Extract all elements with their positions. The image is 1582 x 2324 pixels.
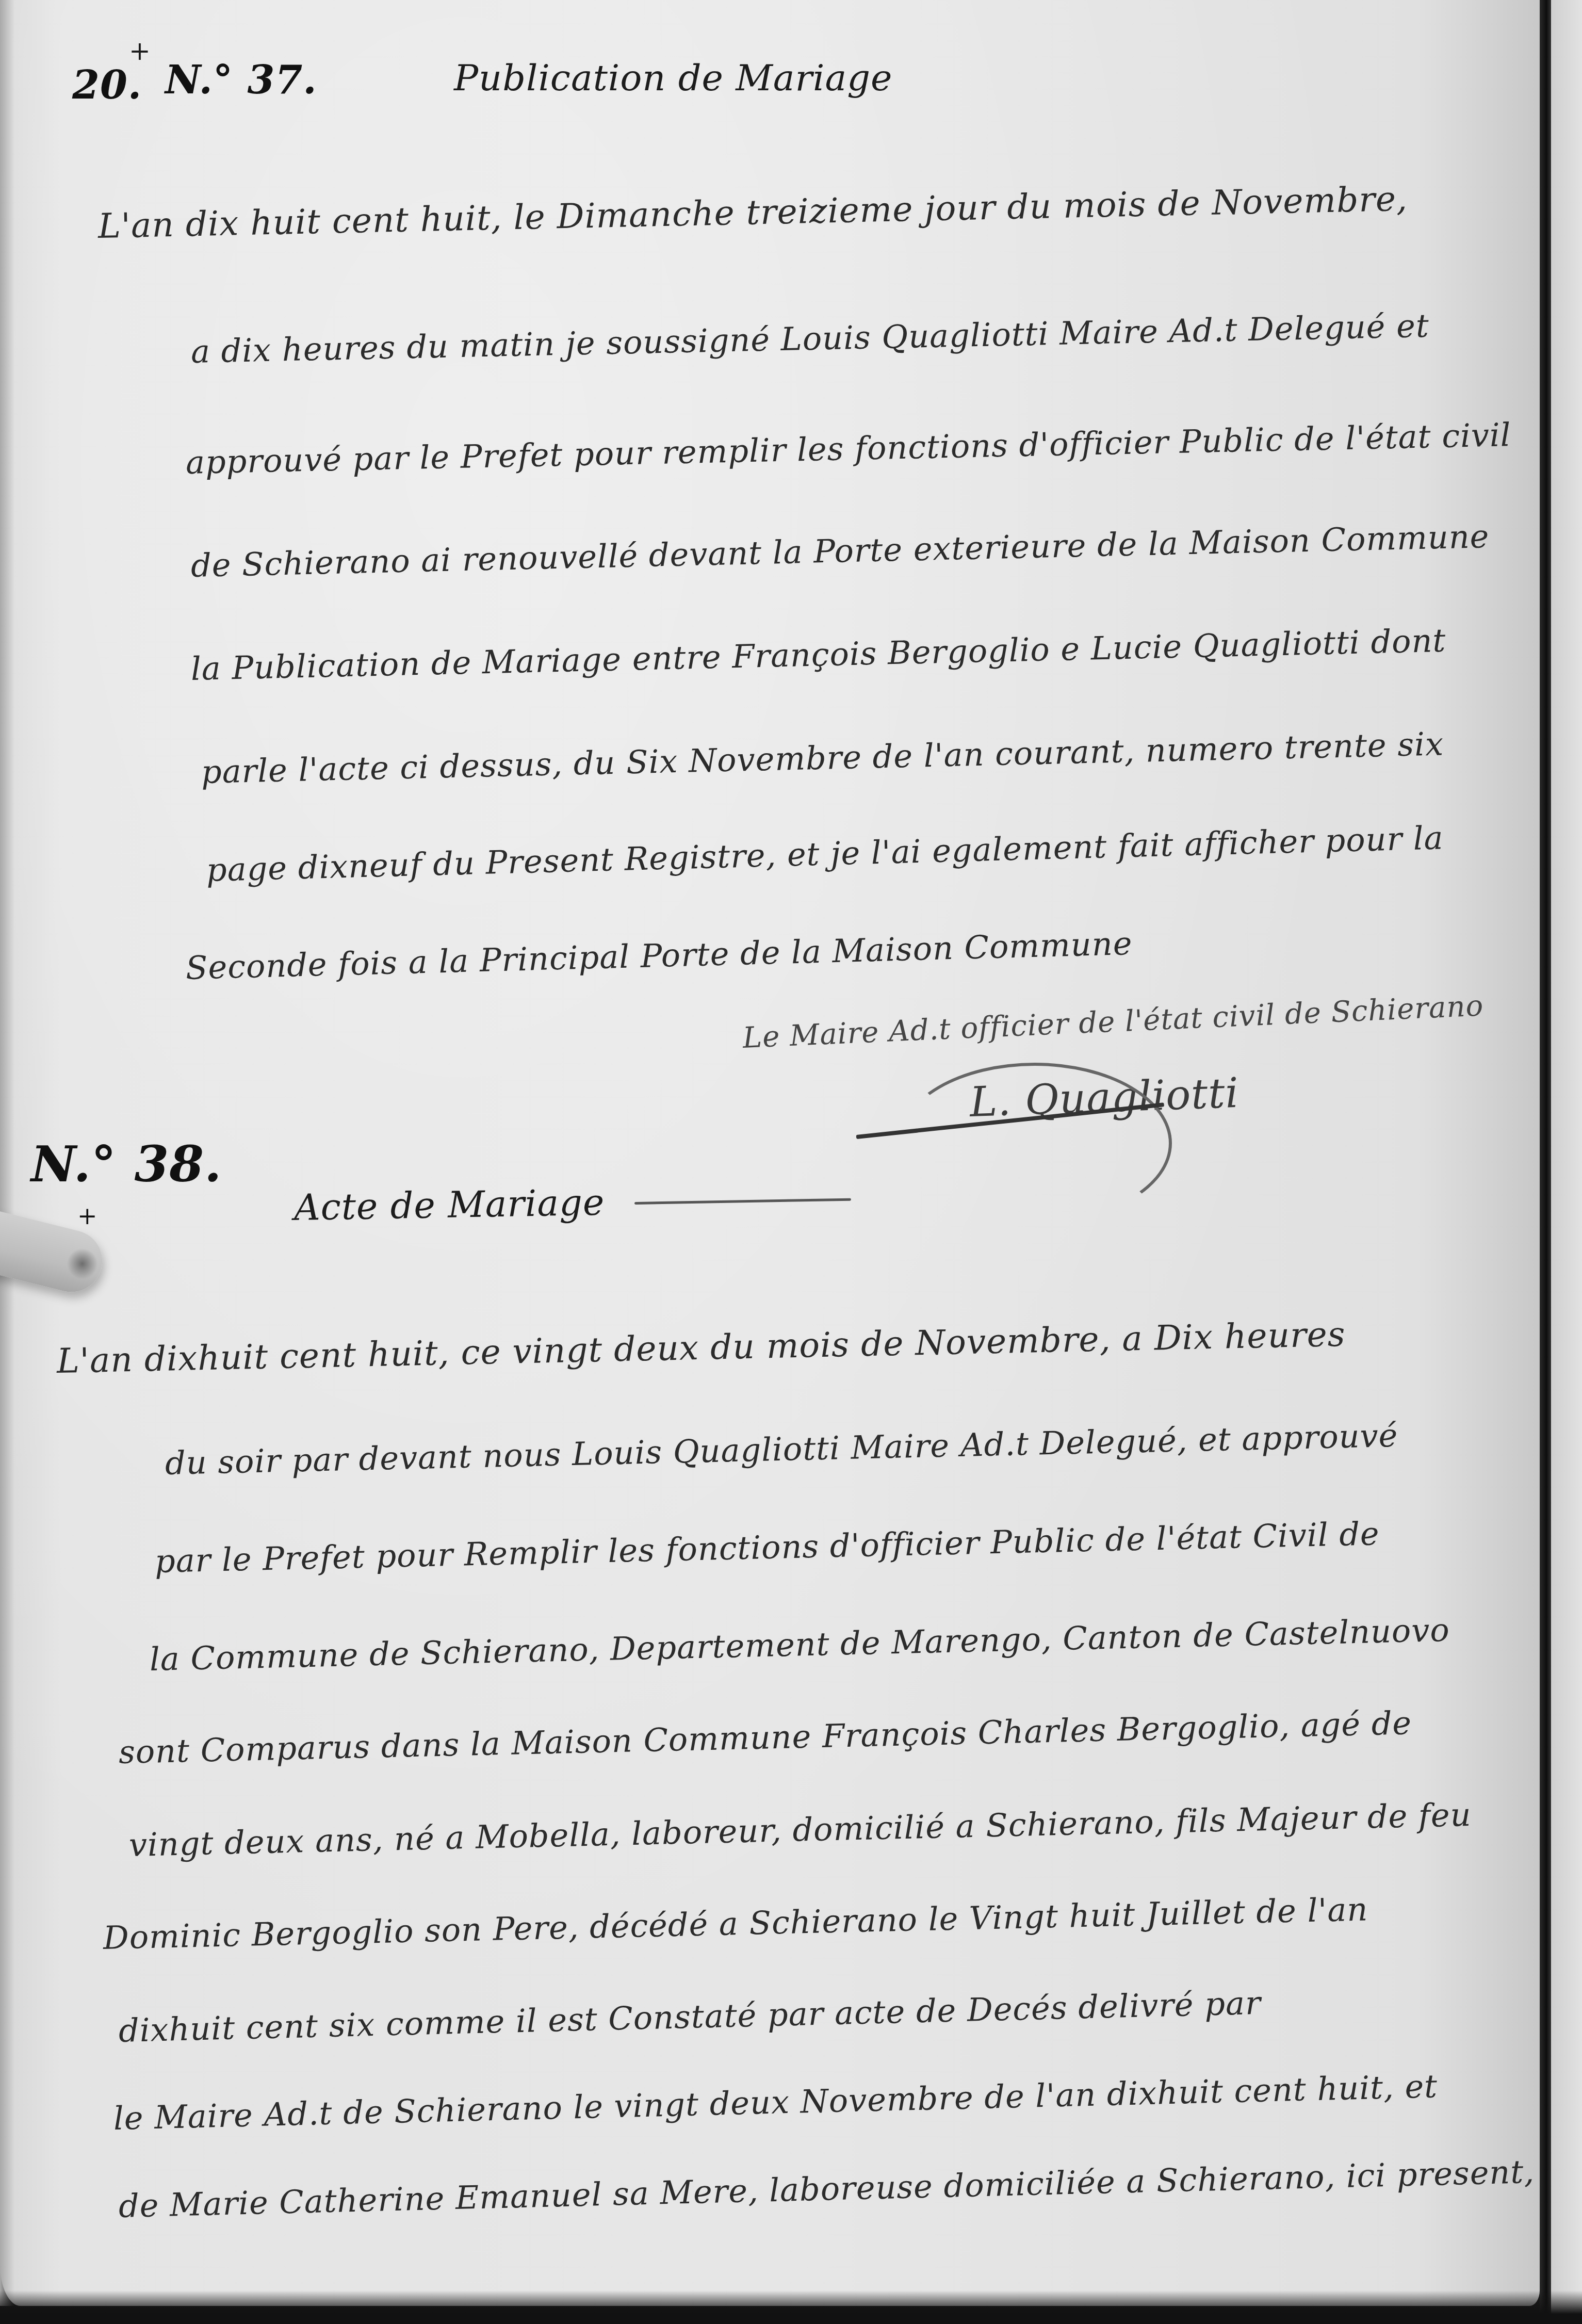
signature-flourish (898, 1063, 1172, 1224)
page-number: 20. (72, 62, 142, 108)
entry-number: N.° 38. (31, 1135, 222, 1193)
entry-title: Acte de Mariage (293, 1181, 605, 1228)
page-binding-edge (1540, 0, 1551, 2324)
cross-mark-icon: + (129, 36, 151, 66)
entry-title: Publication de Mariage (454, 57, 892, 99)
page-bottom-edge (0, 2290, 1582, 2324)
adjacent-page-strip (1551, 0, 1582, 2324)
cross-mark-icon: + (77, 1202, 98, 1230)
entry-number: N.° 37. (165, 57, 317, 103)
page-left-shadow (0, 0, 14, 2306)
